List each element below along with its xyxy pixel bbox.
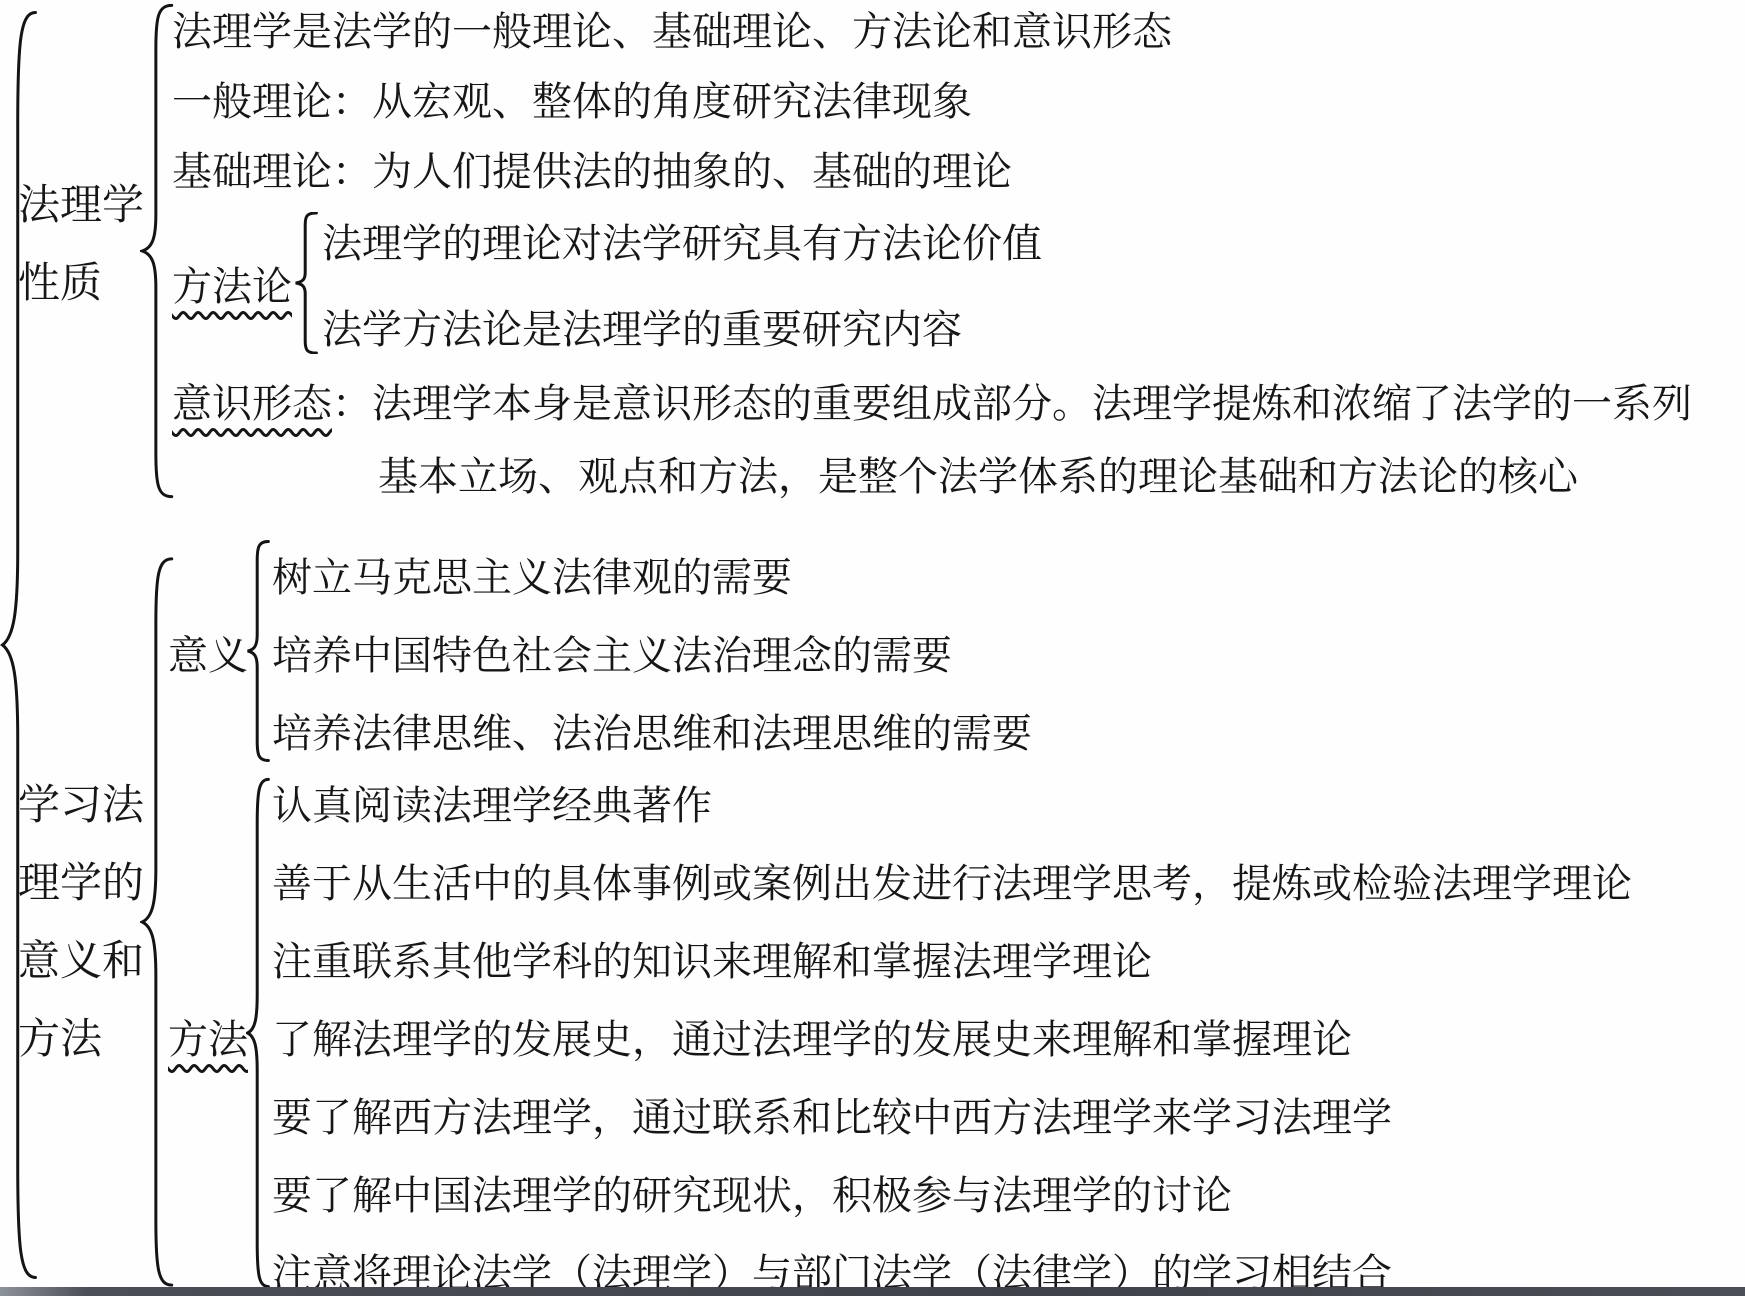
section2-title-line2: 理学的 bbox=[18, 860, 144, 908]
s1-methodology-item1: 法理学的理论对法学研究具有方法论价值 bbox=[322, 220, 1042, 268]
s2-method-label: 方法 bbox=[168, 1016, 248, 1064]
page-edge-strip bbox=[0, 1287, 1745, 1296]
s2-significance-item3: 培养法律思维、法治思维和法理思维的需要 bbox=[272, 710, 1032, 758]
s2-significance-label: 意义 bbox=[168, 632, 248, 680]
s2-method-item5: 要了解西方法理学，通过联系和比较中西方法理学来学习法理学 bbox=[272, 1094, 1392, 1142]
s1-methodology-item2: 法学方法论是法理学的重要研究内容 bbox=[322, 306, 962, 354]
method-brace bbox=[246, 776, 270, 1290]
significance-brace bbox=[246, 540, 270, 762]
s1-ideology-colon: ： bbox=[332, 381, 372, 426]
methodology-brace bbox=[294, 212, 318, 354]
s1-ideology-line2: 基本立场、观点和方法，是整个法学体系的理论基础和方法论的核心 bbox=[378, 453, 1578, 501]
section2-title-line4: 方法 bbox=[18, 1016, 102, 1064]
section1-title-line2: 性质 bbox=[18, 260, 102, 308]
section2-title-line3: 意义和 bbox=[18, 938, 144, 986]
s1-methodology-label: 方法论 bbox=[172, 263, 292, 311]
jurisprudence-bracket-diagram: 法理学 性质 法理学是法学的一般理论、基础理论、方法论和意识形态 一般理论：从宏… bbox=[0, 0, 1745, 1296]
s1-ideology-text1: 法理学本身是意识形态的重要组成部分。法理学提炼和浓缩了法学的一系列 bbox=[372, 381, 1692, 426]
s2-method-label-text: 方法 bbox=[168, 1017, 248, 1062]
s2-method-item2: 善于从生活中的具体事例或案例出发进行法理学思考，提炼或检验法理学理论 bbox=[272, 860, 1632, 908]
s1-basic-theory: 基础理论：为人们提供法的抽象的、基础的理论 bbox=[172, 148, 1012, 196]
s2-method-item4: 了解法理学的发展史，通过法理学的发展史来理解和掌握理论 bbox=[272, 1016, 1352, 1064]
s2-method-item6: 要了解中国法理学的研究现状，积极参与法理学的讨论 bbox=[272, 1172, 1232, 1220]
s1-ideology-label: 意识形态 bbox=[172, 381, 332, 426]
s2-method-item3: 注重联系其他学科的知识来理解和掌握法理学理论 bbox=[272, 938, 1152, 986]
s1-methodology-label-text: 方法论 bbox=[172, 264, 292, 309]
s2-significance-item2: 培养中国特色社会主义法治理念的需要 bbox=[272, 632, 952, 680]
s2-method-item1: 认真阅读法理学经典著作 bbox=[272, 782, 712, 830]
s2-significance-item1: 树立马克思主义法律观的需要 bbox=[272, 554, 792, 602]
s1-general-theory: 一般理论：从宏观、整体的角度研究法律现象 bbox=[172, 78, 972, 126]
s1-ideology-line1: 意识形态：法理学本身是意识形态的重要组成部分。法理学提炼和浓缩了法学的一系列 bbox=[172, 380, 1692, 428]
section2-title-line1: 学习法 bbox=[18, 782, 144, 830]
s1-overview: 法理学是法学的一般理论、基础理论、方法论和意识形态 bbox=[172, 8, 1172, 56]
section1-title-line1: 法理学 bbox=[18, 182, 144, 230]
section1-brace bbox=[140, 2, 174, 500]
